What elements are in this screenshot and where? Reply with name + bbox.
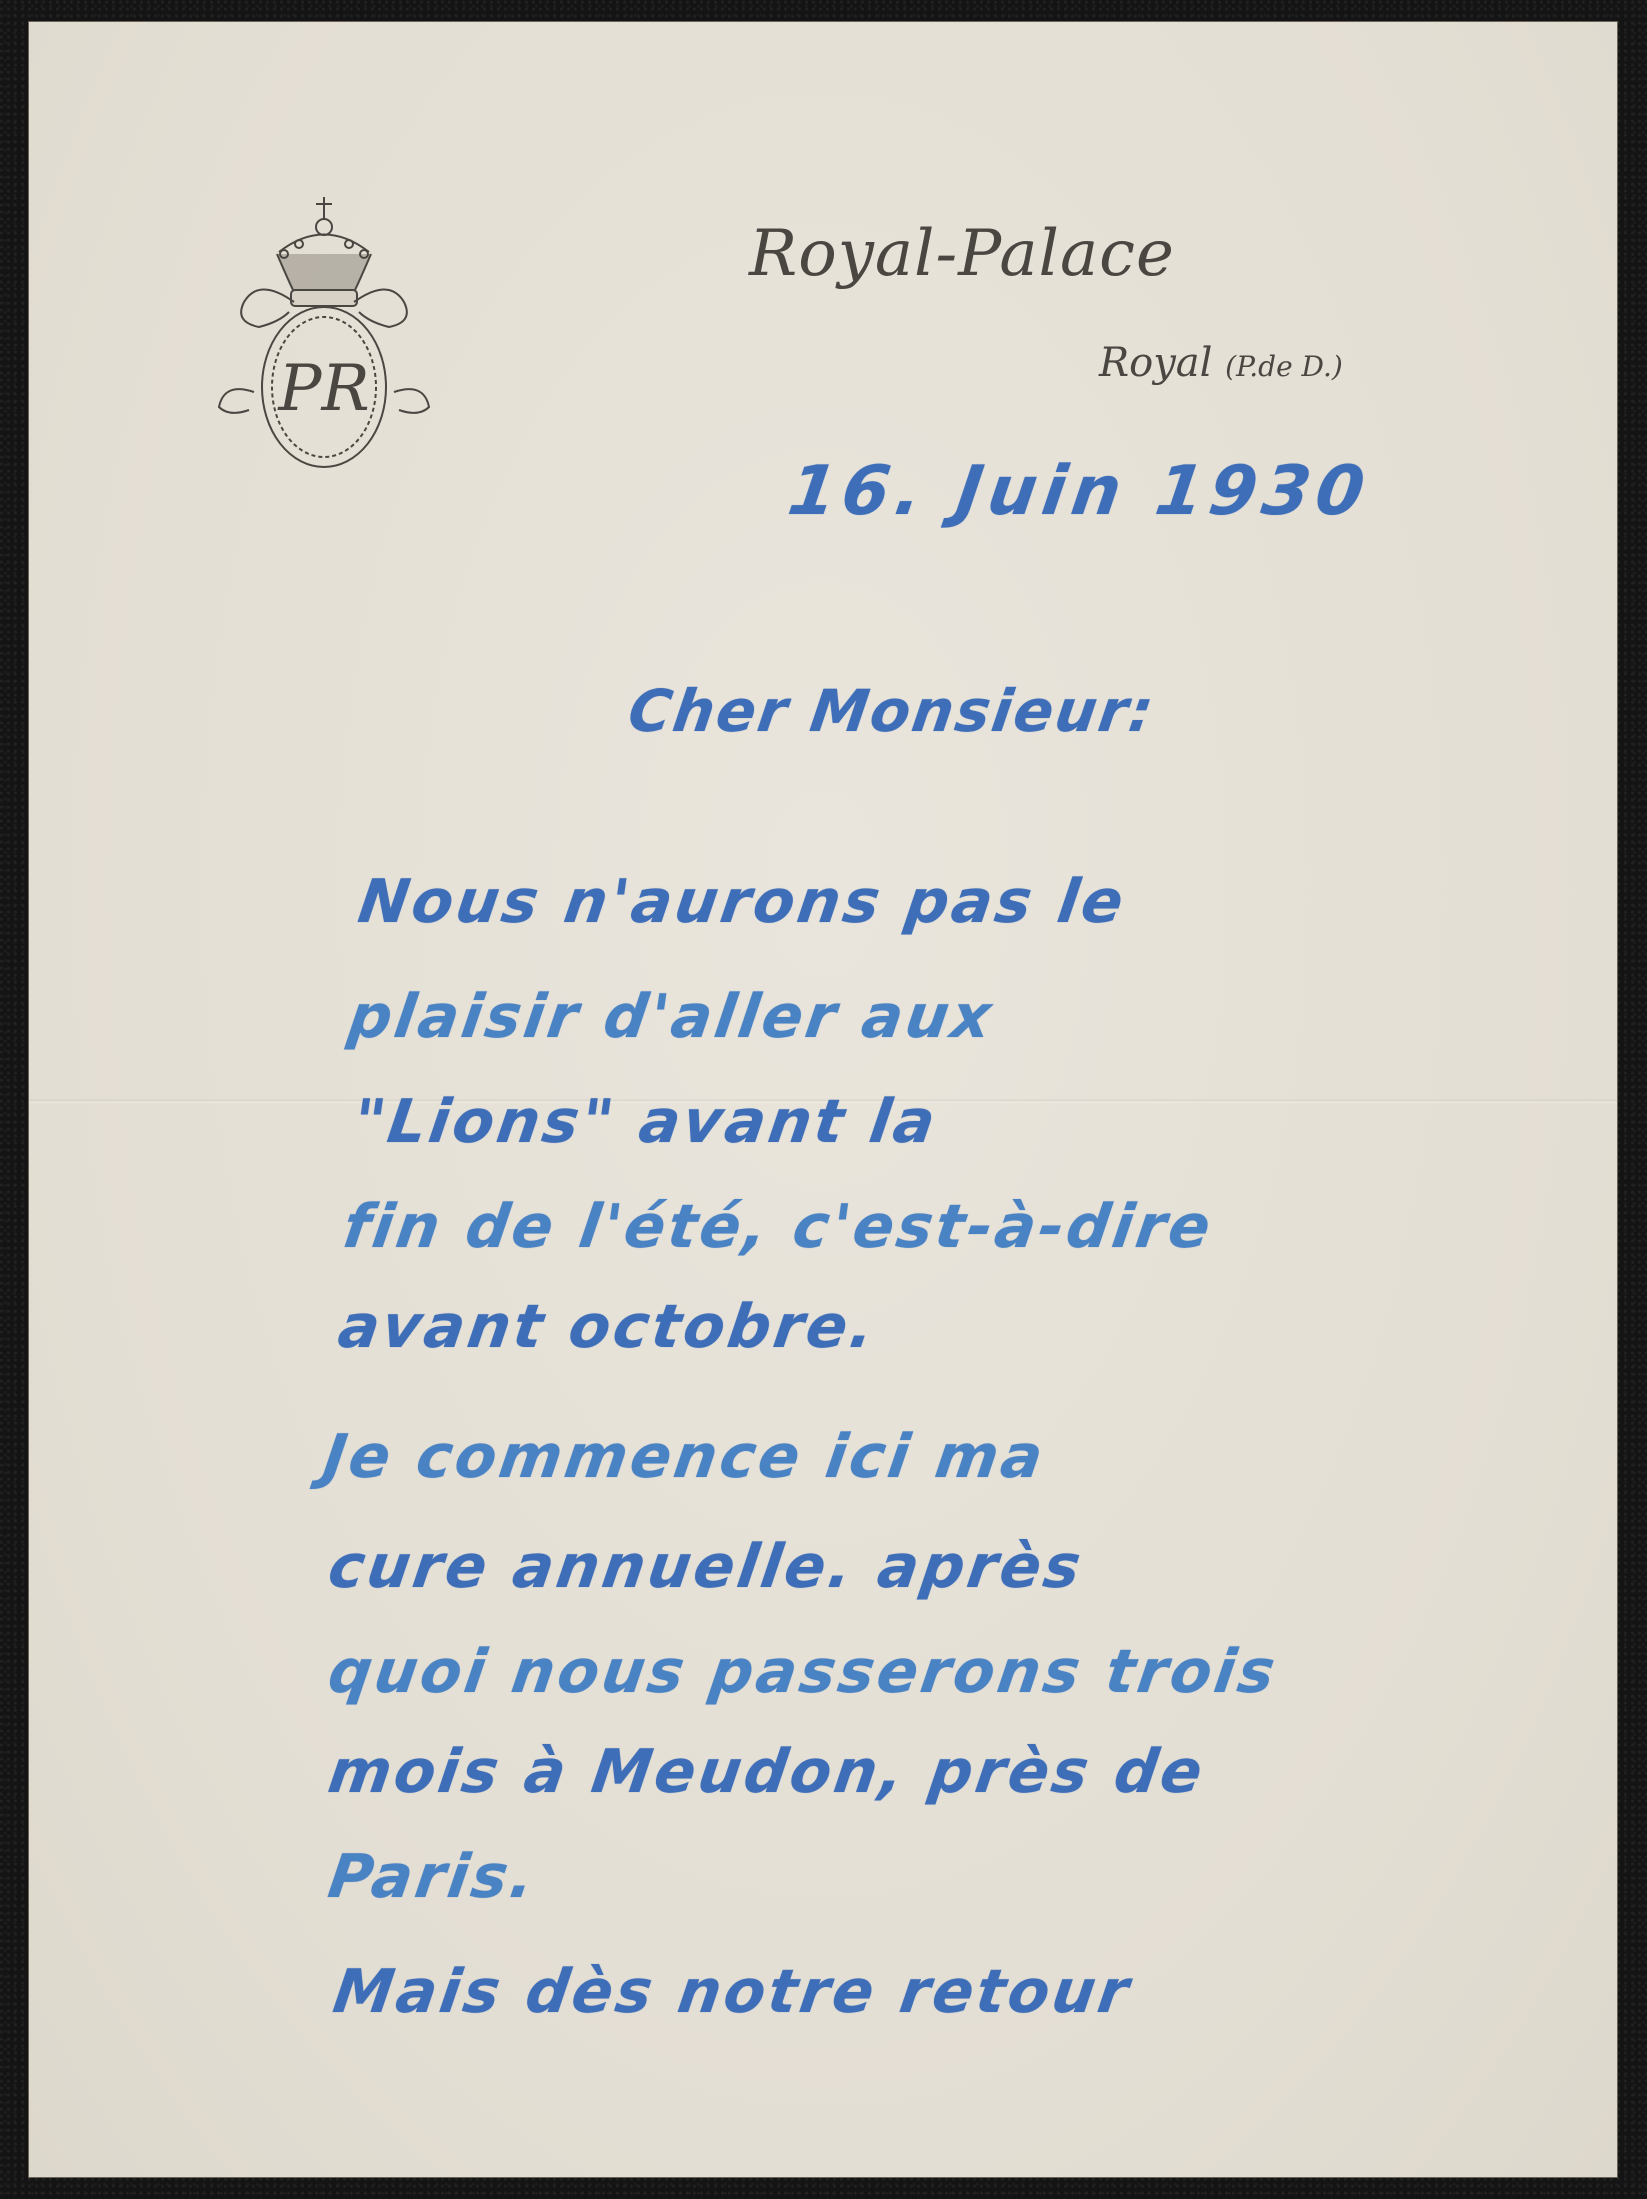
letter-line: fin de l'été, c'est-à-dire <box>339 1192 1217 1262</box>
letter-line: Je commence ici ma <box>319 1422 1050 1492</box>
letter-line: "Lions" avant la <box>349 1087 942 1157</box>
letter-line: Nous n'aurons pas le <box>354 867 1130 937</box>
letterhead-title: Royal-Palace <box>749 217 1175 291</box>
letterhead-location-region: (P.de D.) <box>1225 350 1343 383</box>
letter-line: Paris. <box>324 1842 541 1912</box>
letter-line: mois à Meudon, près de <box>324 1737 1209 1807</box>
letter-page: PR Royal-Palace Royal (P.de D.) 16. Juin… <box>29 22 1617 2177</box>
letter-line: cure annuelle. après <box>324 1532 1088 1602</box>
letter-line: avant octobre. <box>334 1292 881 1362</box>
letterhead-location-name: Royal <box>1099 340 1212 386</box>
letter-salutation: Cher Monsieur: <box>624 677 1159 745</box>
letter-line: Mais dès notre retour <box>329 1957 1136 2027</box>
svg-text:PR: PR <box>277 352 369 426</box>
letter-line: quoi nous passerons trois <box>324 1637 1282 1707</box>
letter-line: plaisir d'aller aux <box>344 982 998 1052</box>
letterhead-location: Royal (P.de D.) <box>1099 340 1343 386</box>
crown-monogram-crest-icon: PR <box>199 182 449 482</box>
letter-date: 16. Juin 1930 <box>783 452 1375 531</box>
